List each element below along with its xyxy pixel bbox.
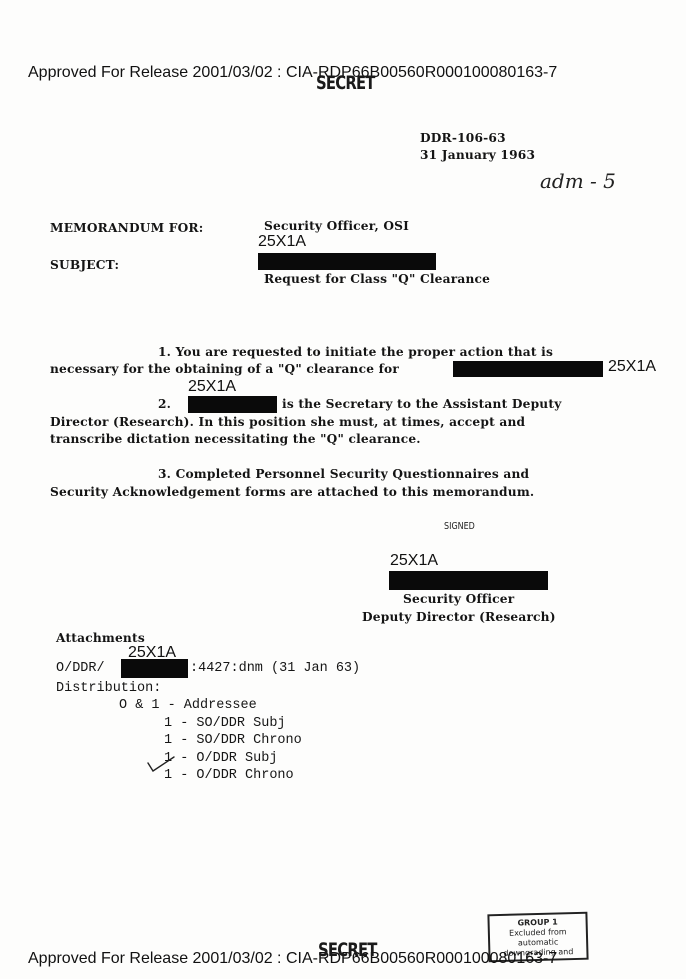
redaction-code: 25X1A: [258, 233, 306, 251]
paragraph-2-line-2: Director (Research). In this position sh…: [50, 415, 525, 429]
group-stamp-line-2: Excluded from automatic: [490, 927, 586, 950]
paragraph-3-line-2: Security Acknowledgement forms are attac…: [50, 485, 534, 499]
distribution-label: Distribution:: [56, 681, 161, 696]
distribution-item: O & 1 - Addressee: [119, 698, 257, 713]
redaction-block: [121, 659, 188, 678]
handwritten-check-icon: [146, 754, 180, 774]
paragraph-1-line-1: 1. You are requested to initiate the pro…: [158, 345, 553, 359]
release-line-top: Approved For Release 2001/03/02 : CIA-RD…: [28, 64, 557, 82]
signature-title-1: Security Officer: [403, 592, 514, 606]
document-number: DDR-106-63: [420, 131, 506, 145]
redaction-code: 25X1A: [608, 358, 656, 376]
redaction-code: 25X1A: [390, 552, 438, 570]
memo-for-label: MEMORANDUM FOR:: [50, 221, 203, 235]
subject-value: Request for Class "Q" Clearance: [264, 272, 490, 286]
distribution-item: 1 - SO/DDR Subj: [164, 716, 286, 731]
distribution-item: 1 - O/DDR Subj: [164, 751, 277, 766]
paragraph-2-line-1: is the Secretary to the Assistant Deputy: [282, 397, 561, 411]
redaction-block: [258, 253, 436, 270]
document-date: 31 January 1963: [420, 148, 535, 162]
paragraph-1-line-2: necessary for the obtaining of a "Q" cle…: [50, 362, 399, 376]
paragraph-2-number: 2.: [158, 397, 171, 411]
redaction-block: [389, 571, 548, 590]
handwritten-note: adm - 5: [540, 169, 616, 193]
classification-stamp-top: SECRET: [316, 72, 375, 94]
paragraph-3-line-1: 3. Completed Personnel Security Question…: [158, 467, 529, 481]
routing-prefix: O/DDR/: [56, 661, 105, 676]
subject-label: SUBJECT:: [50, 258, 119, 272]
redaction-block: [188, 396, 277, 413]
attachments-label: Attachments: [56, 631, 145, 645]
distribution-item: 1 - SO/DDR Chrono: [164, 733, 302, 748]
classification-stamp-bottom: SECRET: [318, 939, 377, 961]
routing-suffix: :4427:dnm (31 Jan 63): [190, 661, 360, 676]
paragraph-2-line-3: transcribe dictation necessitating the "…: [50, 432, 421, 446]
signed-stamp: SIGNED: [444, 521, 475, 532]
distribution-item: 1 - O/DDR Chrono: [164, 768, 294, 783]
redaction-block: [453, 361, 603, 377]
release-line-bottom: Approved For Release 2001/03/02 : CIA-RD…: [28, 950, 557, 968]
redaction-code: 25X1A: [188, 378, 236, 396]
memo-for-value: Security Officer, OSI: [264, 219, 409, 233]
signature-title-2: Deputy Director (Research): [362, 610, 556, 624]
